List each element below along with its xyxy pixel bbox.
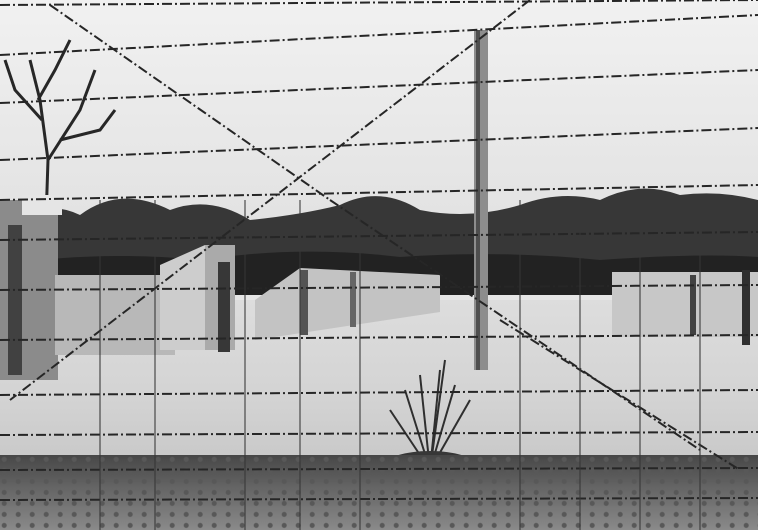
photograph	[0, 0, 758, 530]
barbed-wire-fence	[0, 0, 758, 530]
